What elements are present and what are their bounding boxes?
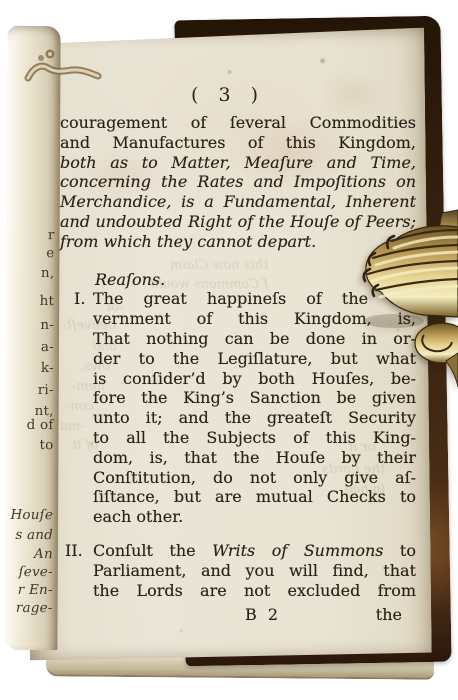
brass-clasp-hand bbox=[360, 203, 458, 395]
facing-page-edge: ren,htn-a-k-ri-nt,d oftoHouſes andAnſeve… bbox=[4, 26, 60, 650]
facing-page-text-fragment: a- bbox=[41, 340, 54, 354]
paragraph-number: II. bbox=[65, 541, 83, 561]
text-line: the Lords are not excluded from bbox=[60, 581, 416, 601]
facing-page-text-fragment: nt, bbox=[35, 404, 54, 418]
text-line: both as to Matter, Meaſure and Time, bbox=[60, 153, 416, 173]
facing-page-text-fragment: ht bbox=[40, 294, 55, 308]
text-line: Parliament, and you will find, that bbox=[60, 561, 416, 581]
facing-page-text-fragment: Houſe bbox=[10, 508, 53, 522]
facing-page-text-fragment: r En- bbox=[18, 583, 53, 597]
facing-page-text-fragment: s and bbox=[15, 528, 53, 542]
show-through-text: this now Claim bbox=[170, 258, 268, 273]
show-through-text: and bbox=[92, 339, 116, 354]
text-line: II.Conſult the Writs of Summons to bbox=[60, 541, 416, 561]
show-through-text: ows, bbox=[80, 359, 110, 374]
show-through-text: deliveſt- bbox=[62, 318, 116, 333]
facing-page-text-fragment: e bbox=[46, 246, 54, 260]
facing-page-text-fragment: ſeve- bbox=[19, 565, 53, 579]
show-through-text: f Commons would bbox=[150, 277, 268, 292]
show-through-text: of it bbox=[72, 438, 98, 453]
line-gap bbox=[60, 527, 416, 541]
show-through-text: hem- bbox=[72, 379, 105, 394]
text-line: and Manufactures of this Kingdom, bbox=[60, 133, 416, 153]
show-through-text: -ot bbox=[106, 300, 123, 315]
ink-stain bbox=[20, 44, 112, 92]
facing-page-text-fragment: d of bbox=[27, 418, 54, 432]
facing-page-text-fragment: to bbox=[39, 438, 53, 452]
facing-page-text-fragment: n- bbox=[40, 318, 54, 332]
signature-mark: B 2 bbox=[245, 605, 281, 624]
show-through-text: in had bbox=[344, 482, 385, 497]
facing-page-text-fragment: r bbox=[48, 228, 55, 242]
show-through-text: -ma bbox=[60, 419, 84, 434]
catchword: the bbox=[376, 605, 402, 624]
text-line: each other. bbox=[60, 507, 416, 527]
show-through-text: the Lords bbox=[322, 462, 385, 477]
text-line: concerning the Rates and Impoſitions on bbox=[60, 172, 416, 192]
facing-page-text-fragment: ri- bbox=[38, 383, 54, 397]
facing-page-text-fragment: n, bbox=[41, 266, 54, 280]
facing-page-text-fragment: k- bbox=[41, 361, 54, 375]
book-photograph: ren,htn-a-k-ri-nt,d oftoHouſes andAnſeve… bbox=[0, 0, 458, 700]
facing-page-text-fragment: rage- bbox=[16, 601, 53, 615]
paragraph-number: I. bbox=[74, 289, 85, 309]
show-through-text: or it bbox=[348, 440, 376, 455]
facing-page-text-fragment: An bbox=[34, 547, 53, 561]
page-footer-line: B 2 the bbox=[60, 605, 416, 625]
text-line: unto it; and the greateſt Security bbox=[60, 408, 416, 428]
text-line: couragement of ſeveral Commodities bbox=[60, 113, 416, 133]
show-through-text: con- bbox=[66, 399, 94, 414]
